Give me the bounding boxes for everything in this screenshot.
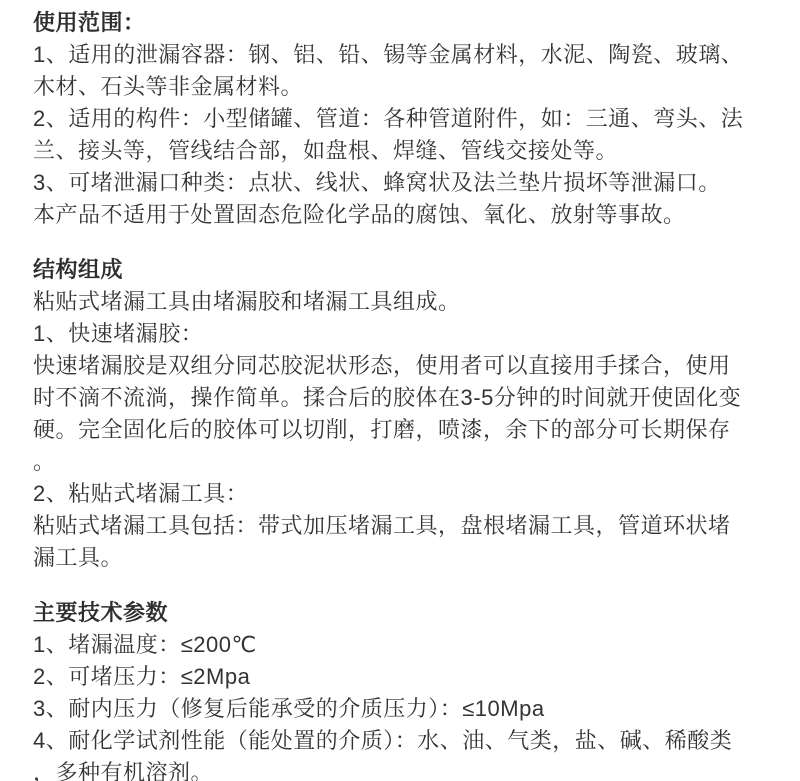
text-line: 硬。完全固化后的胶体可以切削，打磨，喷漆，余下的部分可长期保存 (33, 414, 774, 446)
text-line: 2、可堵压力：≤2Mpa (33, 661, 774, 693)
text-line: 漏工具。 (33, 542, 774, 574)
text-line: 2、适用的构件：小型储罐、管道：各种管道附件，如：三通、弯头、法 (33, 103, 774, 135)
text-line: ，多种有机溶剂。 (33, 757, 774, 781)
text-line: 3、耐内压力（修复后能承受的介质压力）：≤10Mpa (33, 693, 774, 725)
text-line: 4、耐化学试剂性能（能处置的介质）：水、油、气类，盐、碱、稀酸类 (33, 725, 774, 757)
text-line: 1、堵漏温度：≤200℃ (33, 629, 774, 661)
section-heading-technical-parameters: 主要技术参数 (33, 597, 774, 629)
section-heading-usage-scope: 使用范围： (33, 7, 774, 39)
text-line: 1、适用的泄漏容器：钢、铝、铅、锡等金属材料，水泥、陶瓷、玻璃、 (33, 39, 774, 71)
text-line: 粘贴式堵漏工具由堵漏胶和堵漏工具组成。 (33, 286, 774, 318)
text-line: 。 (33, 446, 774, 478)
text-line: 本产品不适用于处置固态危险化学品的腐蚀、氧化、放射等事故。 (33, 199, 774, 231)
text-line: 粘贴式堵漏工具包括：带式加压堵漏工具，盘根堵漏工具，管道环状堵 (33, 510, 774, 542)
text-line: 兰、接头等，管线结合部，如盘根、焊缝、管线交接处等。 (33, 135, 774, 167)
text-line: 时不滴不流淌，操作简单。揉合后的胶体在3-5分钟的时间就开使固化变 (33, 382, 774, 414)
text-line: 3、可堵泄漏口种类：点状、线状、蜂窝状及法兰垫片损坏等泄漏口。 (33, 167, 774, 199)
text-line: 木材、石头等非金属材料。 (33, 71, 774, 103)
section-usage-scope: 使用范围： 1、适用的泄漏容器：钢、铝、铅、锡等金属材料，水泥、陶瓷、玻璃、 木… (33, 7, 774, 231)
text-line: 2、粘贴式堵漏工具： (33, 478, 774, 510)
text-line: 快速堵漏胶是双组分同芯胶泥状形态，使用者可以直接用手揉合，使用 (33, 350, 774, 382)
section-heading-structure: 结构组成 (33, 254, 774, 286)
section-structure: 结构组成 粘贴式堵漏工具由堵漏胶和堵漏工具组成。 1、快速堵漏胶： 快速堵漏胶是… (33, 254, 774, 574)
product-description-document: 使用范围： 1、适用的泄漏容器：钢、铝、铅、锡等金属材料，水泥、陶瓷、玻璃、 木… (0, 0, 800, 781)
text-line: 1、快速堵漏胶： (33, 318, 774, 350)
section-technical-parameters: 主要技术参数 1、堵漏温度：≤200℃ 2、可堵压力：≤2Mpa 3、耐内压力（… (33, 597, 774, 781)
